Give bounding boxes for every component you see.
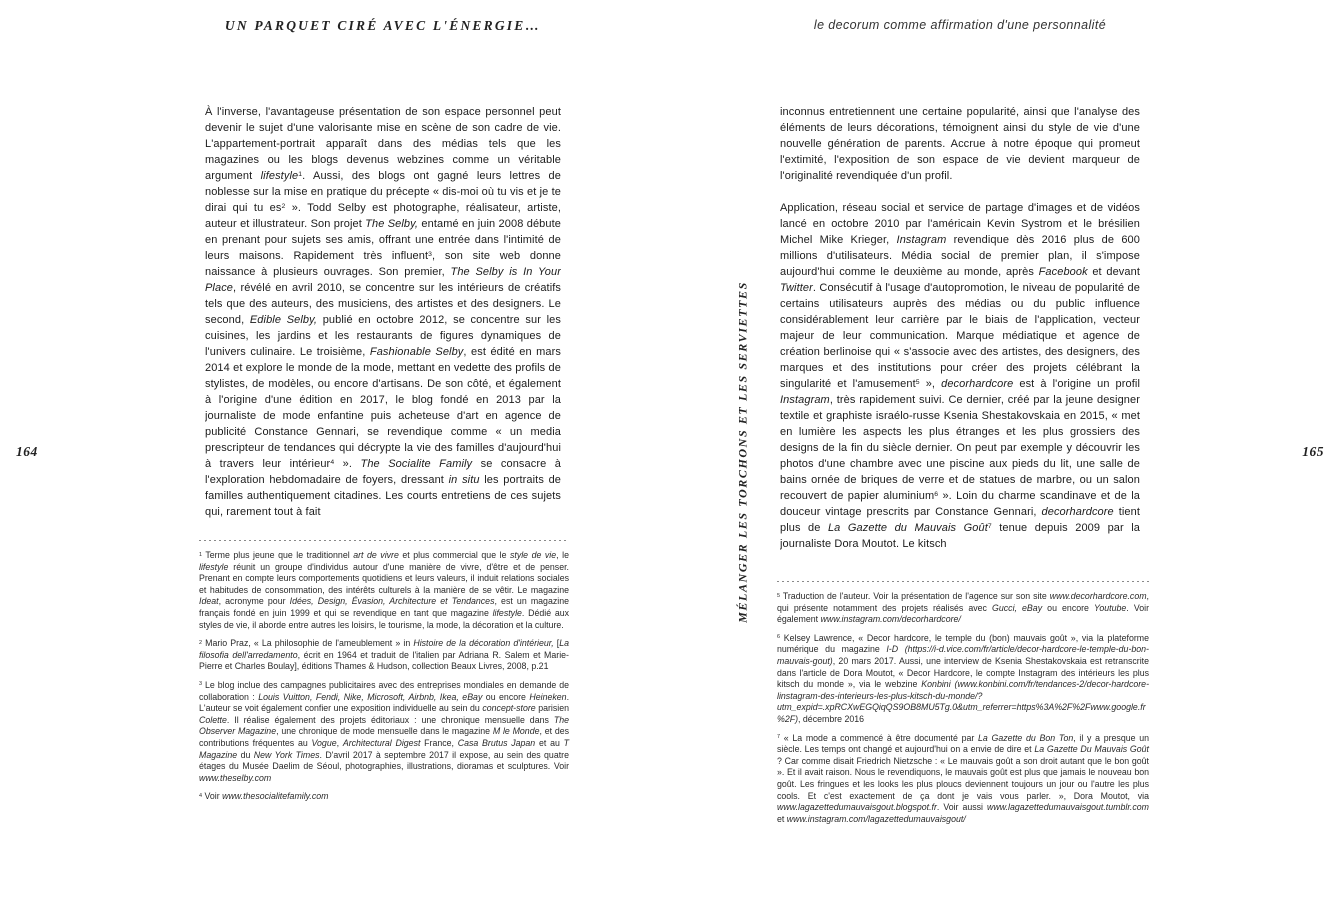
right-body-paragraph-2: Application, réseau social et service de… (780, 200, 1140, 552)
footnote-1: 1 Terme plus jeune que le traditionnel a… (199, 550, 569, 631)
right-page-body: inconnus entretiennent une certaine popu… (780, 104, 1140, 582)
page-number-right: 165 (1302, 444, 1324, 460)
book-spread: UN PARQUET CIRÉ AVEC L'ÉNERGIE… le decor… (0, 0, 1340, 911)
left-page-body: À l'inverse, l'avantageuse présentation … (205, 104, 561, 542)
footnote-2: 2 Mario Praz, « La philosophie de l'ameu… (199, 638, 569, 673)
running-header-right: le decorum comme affirmation d'une perso… (780, 18, 1140, 32)
footnote-3: 3 Le blog inclue des campagnes publicita… (199, 680, 569, 784)
footnote-separator-right (777, 581, 1149, 582)
left-page-footnotes: 1 Terme plus jeune que le traditionnel a… (199, 540, 569, 803)
chapter-spine-title: MÉLANGER LES TORCHONS ET LES SERVIETTES (736, 281, 751, 623)
right-body-paragraph-1: inconnus entretiennent une certaine popu… (780, 104, 1140, 184)
footnote-7: 7 « La mode a commencé à être documenté … (777, 733, 1149, 826)
left-body-paragraph: À l'inverse, l'avantageuse présentation … (205, 104, 561, 520)
footnote-separator-left (199, 540, 569, 541)
running-header-left: UN PARQUET CIRÉ AVEC L'ÉNERGIE… (205, 18, 561, 34)
footnote-4: 4 Voir www.thesocialitefamily.com (199, 791, 569, 803)
page-number-left: 164 (16, 444, 38, 460)
footnote-6: 6 Kelsey Lawrence, « Decor hardcore, le … (777, 633, 1149, 726)
right-page-footnotes: 5 Traduction de l'auteur. Voir la présen… (777, 581, 1149, 825)
footnote-5: 5 Traduction de l'auteur. Voir la présen… (777, 591, 1149, 626)
